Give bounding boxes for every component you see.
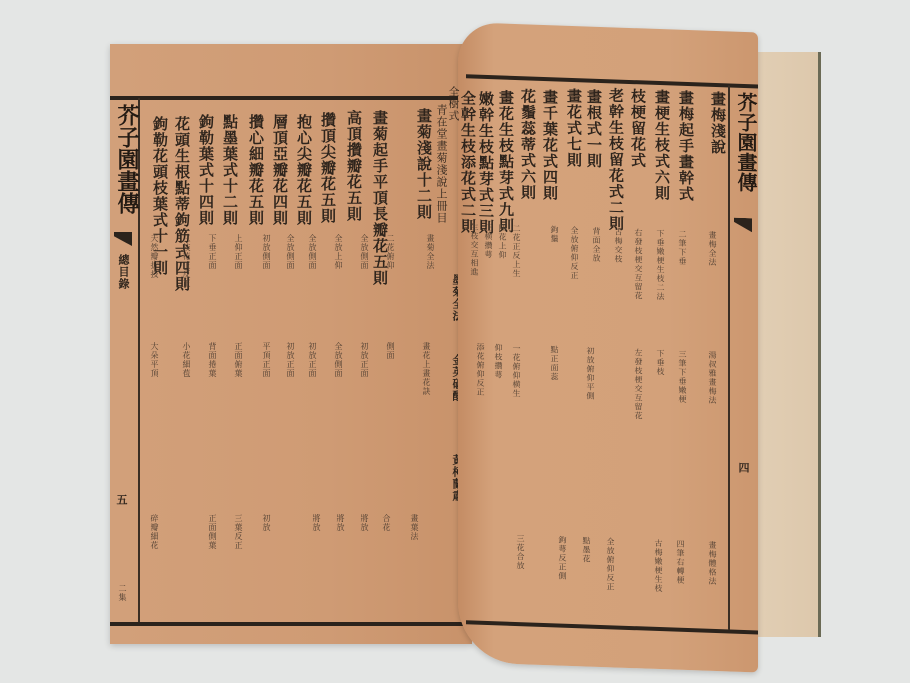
- sub-entry: 全放側面: [360, 234, 368, 270]
- sub-entry: 初放側面: [262, 234, 270, 270]
- toc-entry: 攢心細瓣花五則: [248, 114, 263, 226]
- sub-entry: 三花合放: [516, 534, 524, 570]
- toc-entry: 畫根式一則: [586, 88, 601, 169]
- sub-entry: 生枝交互相進: [470, 222, 478, 276]
- page-number: 五: [116, 494, 127, 506]
- sub-entry: 側面: [386, 342, 394, 360]
- sub-entry: 將放: [312, 514, 320, 532]
- toc-entry: 畫菊淺說十二則: [416, 108, 431, 220]
- book-title: 芥子園畫傳: [112, 104, 143, 214]
- toc-entry: 花鬚蕊蒂式六則: [520, 88, 535, 201]
- sub-entry: 碎瓣細花: [150, 514, 158, 550]
- toc-heading: 青在堂畫菊淺說上冊目: [436, 104, 447, 224]
- sub-entry: 畫梅全法: [708, 231, 716, 267]
- book-title: 芥子園畫傳: [732, 92, 761, 193]
- sub-entry: 三葉反正: [234, 514, 242, 550]
- sub-entry: 全放俯仰反正: [570, 226, 578, 280]
- sub-entry: 點墨花: [582, 536, 590, 563]
- sub-entry: 古梅交枝: [614, 227, 622, 263]
- folio-mark: 二集: [118, 584, 126, 602]
- toc-entry: 鉤勒葉式十四則: [198, 114, 213, 226]
- sub-entry: 初放正面: [308, 342, 316, 378]
- toc-entry: 全幹生枝添花式二則: [460, 90, 475, 235]
- sub-entry: 添花俯仰反正: [476, 343, 484, 397]
- sub-entry: 下垂正面: [208, 234, 216, 270]
- sub-entry: 畫菊全法: [426, 234, 434, 270]
- sub-entry: 正横攢萼: [484, 223, 492, 259]
- sub-entry: 鉤鬚: [550, 225, 558, 243]
- toc-entry: 高頂攢瓣花五則: [346, 110, 361, 222]
- sub-entry: 古梅嫩梗生枝: [654, 539, 662, 593]
- toc-entry: 畫菊起手平頂長瓣花五則: [372, 110, 387, 286]
- sub-entry: 全放側面: [286, 234, 294, 270]
- toc-entry: 嫩幹生枝點芽式三則: [478, 91, 493, 236]
- sub-entry: 初放俯仰平側: [586, 346, 594, 400]
- sub-entry: 初放正面: [360, 342, 368, 378]
- sub-entry: 初放: [262, 514, 270, 532]
- sub-entry: 正面側葉: [208, 514, 216, 550]
- sub-entry: 左發枝梗交互留花: [634, 348, 642, 420]
- toc-entry: 畫千葉花式四則: [542, 89, 557, 202]
- left-page: 芥子園畫傳 總目錄 五 二集 青在堂畫菊淺說上冊目 畫菊淺說十二則 畫菊起手平頂…: [110, 44, 472, 644]
- sub-entry: 點正面蕊: [550, 345, 558, 381]
- sub-entry: 平頂正面: [262, 342, 270, 378]
- toc-entry: 攢頂尖瓣花五則: [320, 112, 335, 224]
- toc-entry: 全樹式: [448, 86, 459, 122]
- sub-entry: 全放側面: [334, 342, 342, 378]
- fish-tail-mark-icon: [734, 218, 752, 233]
- sub-entry: 畫梅體格法: [708, 541, 716, 586]
- toc-entry: 畫梅起手畫幹式: [678, 90, 693, 203]
- toc-entry: 點墨葉式十二則: [222, 114, 237, 226]
- sub-entry: 畫花上畫花訣: [422, 342, 430, 396]
- sub-entry: 全放側面: [308, 234, 316, 270]
- sub-entry: 背面全放: [592, 227, 600, 263]
- sub-entry: 二花俯仰: [386, 234, 394, 270]
- sub-entry: 畫葉法: [410, 514, 418, 541]
- sub-entry: 三枝花正反正: [182, 234, 190, 288]
- sub-entry: 二筆下垂: [678, 230, 686, 266]
- toc-entry: 抱心尖瓣花五則: [296, 114, 311, 226]
- right-page: 芥子園畫傳 四 畫梅淺說 畫梅起手畫幹式 畫梗生枝式六則 枝梗留花式 老幹生枝留…: [458, 22, 758, 672]
- sub-entry: 鉤萼反正側: [558, 535, 566, 580]
- sub-entry: 湯叔雅畫梅法: [708, 351, 716, 405]
- sub-entry: 下垂枝: [656, 349, 664, 376]
- page-number: 四: [738, 462, 749, 474]
- toc-entry: 畫花生枝點芽式九則: [498, 89, 513, 234]
- sub-entry: 四花上仰: [498, 223, 506, 259]
- sub-entry: 天然瓣折技: [150, 234, 158, 279]
- toc-entry: 老幹生枝留花式二則: [608, 87, 623, 232]
- toc-entry: 畫梗生枝式六則: [654, 89, 669, 202]
- sub-entry: 三筆下垂嫩梗: [678, 350, 686, 404]
- toc-entry: 畫梅淺說: [710, 91, 725, 156]
- toc-entry: 畫花式七則: [566, 88, 581, 169]
- sub-entry: 將放: [336, 514, 344, 532]
- sub-entry: 二花正反上生: [512, 224, 520, 278]
- bottom-border: [466, 620, 758, 634]
- top-border: [466, 74, 758, 88]
- top-border: [110, 96, 472, 100]
- sub-entry: 上仰正面: [234, 234, 242, 270]
- toc-entry: 枝梗留花式: [630, 88, 645, 169]
- toc-entry: 層頂亞瓣花四則: [272, 114, 287, 226]
- sub-entry: 小花細苞: [182, 342, 190, 378]
- sub-entry: 一花俯仰横生: [512, 344, 520, 398]
- sub-entry: 正面俯葉: [234, 342, 242, 378]
- sub-entry: 仰枝攢萼: [494, 343, 502, 379]
- sub-entry: 下垂嫩梗生枝二法: [656, 229, 664, 301]
- section-label: 總目錄: [118, 254, 129, 290]
- sub-entry: 背面捲葉: [208, 342, 216, 378]
- margin-rule: [728, 85, 730, 629]
- sub-entry: 四筆右轉梗: [676, 540, 684, 585]
- sub-entry: 合花: [382, 514, 390, 532]
- fish-tail-mark-icon: [114, 232, 132, 246]
- sub-entry: 右發枝梗交互留花: [634, 228, 642, 300]
- sub-entry: 將放: [360, 514, 368, 532]
- bottom-border: [110, 622, 472, 626]
- sub-entry: 全放俯仰反正: [606, 537, 614, 591]
- sub-entry: 初放正面: [286, 342, 294, 378]
- sub-entry: 全放上仰: [334, 234, 342, 270]
- sub-entry: 大朵平頂: [150, 342, 158, 378]
